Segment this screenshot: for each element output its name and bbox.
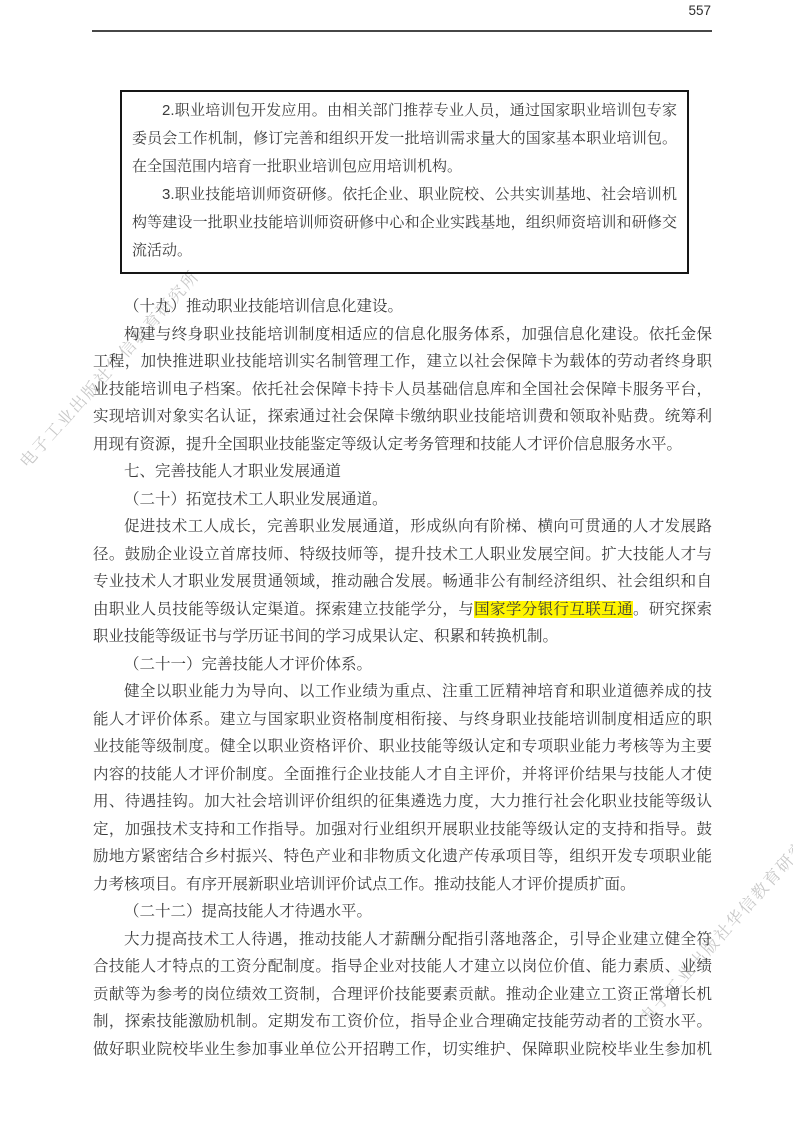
section-22-heading: （二十二）提高技能人才待遇水平。 bbox=[93, 898, 712, 926]
section-19-body: 构建与终身职业技能培训制度相适应的信息化服务体系，加强信息化建设。依托金保工程，… bbox=[93, 321, 712, 459]
section-20-body: 促进技术工人成长，完善职业发展通道，形成纵向有阶梯、横向可贯通的人才发展路径。鼓… bbox=[93, 513, 712, 651]
chapter-7-heading: 七、完善技能人才职业发展通道 bbox=[93, 458, 712, 486]
training-package-quote-box: 2.职业培训包开发应用。由相关部门推荐专业人员，通过国家职业培训包专家委员会工作… bbox=[120, 90, 689, 274]
page-number: 557 bbox=[688, 3, 711, 18]
document-page: 电子工业出版社华信教育研究所 电子工业出版社华信教育研究所 557 2.职业培训… bbox=[0, 0, 793, 1122]
section-21-body: 健全以职业能力为导向、以工作业绩为重点、注重工匠精神培育和职业道德养成的技能人才… bbox=[93, 678, 712, 898]
main-text: （十九）推动职业技能培训信息化建设。 构建与终身职业技能培训制度相适应的信息化服… bbox=[93, 293, 712, 1063]
section-21-heading: （二十一）完善技能人才评价体系。 bbox=[93, 651, 712, 679]
highlighted-text: 国家学分银行互联互通 bbox=[474, 601, 633, 618]
quote-box-paragraph: 3.职业技能培训师资研修。依托企业、职业院校、公共实训基地、社会培训机构等建设一… bbox=[132, 181, 677, 265]
section-22-body: 大力提高技术工人待遇，推动技能人才薪酬分配指引落地落企，引导企业建立健全符合技能… bbox=[93, 926, 712, 1064]
section-19-heading: （十九）推动职业技能培训信息化建设。 bbox=[93, 293, 712, 321]
header-rule bbox=[92, 30, 712, 32]
quote-box-paragraph: 2.职业培训包开发应用。由相关部门推荐专业人员，通过国家职业培训包专家委员会工作… bbox=[132, 97, 677, 181]
section-20-heading: （二十）拓宽技术工人职业发展通道。 bbox=[93, 486, 712, 514]
